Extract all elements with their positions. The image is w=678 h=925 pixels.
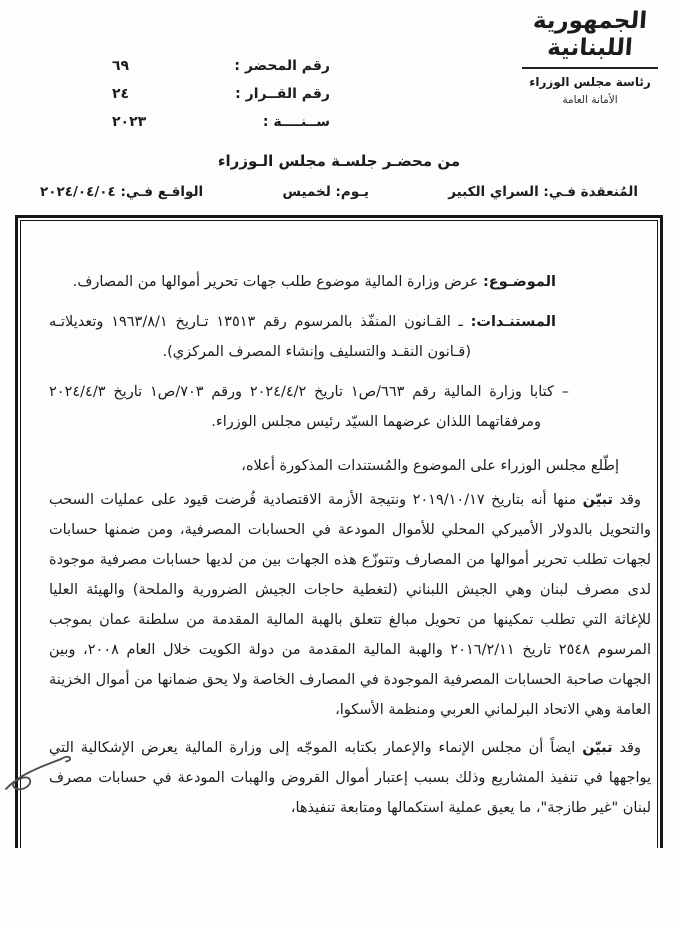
page-title: من محضـر جلسـة مجلس الـوزراء — [0, 152, 678, 170]
decision-number-label: رقم القــرار : — [235, 86, 330, 102]
general-secretariat-name: الأمانة العامة — [512, 94, 668, 106]
document-body: الموضـوع: عرض وزارة المالية موضوع طلب جه… — [20, 220, 658, 848]
session-date: الواقـع فـي: ٢٠٢٤/٠٤/٠٤ — [40, 184, 203, 200]
record-number-value: ٦٩ — [112, 58, 129, 74]
record-number-label: رقم المحضر : — [234, 58, 330, 74]
findings1-text: منها أنه بتاريخ ٢٠١٩/١٠/١٧ ونتيجة الأزمة… — [49, 492, 651, 718]
review-line: إطّلع مجلس الوزراء على الموضوع والمُستند… — [49, 451, 651, 481]
letterhead-divider — [522, 67, 658, 69]
findings2-text: ايضاً أن مجلس الإنماء والإعمار بكتابه ال… — [49, 740, 651, 816]
subject-label: الموضـوع: — [483, 274, 556, 290]
subject-documents-block: الموضـوع: عرض وزارة المالية موضوع طلب جه… — [49, 267, 556, 367]
decision-number-row: رقم القــرار : ٢٤ — [112, 86, 330, 102]
record-number-row: رقم المحضر : ٦٩ — [112, 58, 330, 74]
document-frame: الموضـوع: عرض وزارة المالية موضوع طلب جه… — [15, 215, 663, 848]
year-value: ٢٠٢٣ — [112, 114, 146, 130]
subject-paragraph: الموضـوع: عرض وزارة المالية موضوع طلب جه… — [49, 267, 556, 297]
republic-calligraphy-line1: الجمهورية — [511, 8, 669, 35]
republic-calligraphy-line2: اللبنانية — [511, 35, 669, 62]
letterhead: الجمهورية اللبنانية رئاسة مجلس الوزراء ا… — [512, 8, 668, 106]
presidency-name: رئاسة مجلس الوزراء — [512, 75, 668, 91]
findings2-prefix: وقد — [613, 740, 641, 756]
document-numbers: رقم المحضر : ٦٩ رقم القــرار : ٢٤ ســنــ… — [112, 58, 330, 142]
document-page: الجمهورية اللبنانية رئاسة مجلس الوزراء ا… — [0, 0, 678, 925]
documents-paragraph: المستنـدات: ـ القـانون المنفّذ بالمرسوم … — [49, 307, 556, 367]
documents-item-letters: – كتابا وزارة المالية رقم ٦٦٣/ص١ تاريخ ٢… — [49, 377, 651, 437]
documents-label: المستنـدات: — [471, 314, 556, 330]
year-row: ســنــــة : ٢٠٢٣ — [112, 114, 330, 130]
findings-paragraph-1: وقد تبيّن منها أنه بتاريخ ٢٠١٩/١٠/١٧ ونت… — [49, 485, 651, 725]
session-location: المُنعقدة فـي: السراي الكبير — [448, 184, 638, 200]
session-meta-row: المُنعقدة فـي: السراي الكبير يـوم: لخميس… — [40, 184, 638, 200]
documents-item-law: ـ القـانون المنفّذ بالمرسوم رقم ١٣٥١٣ تـ… — [49, 314, 471, 360]
session-day: يـوم: لخميس — [282, 184, 369, 200]
findings2-emphasis: تبيّن — [582, 740, 612, 756]
subject-text: عرض وزارة المالية موضوع طلب جهات تحرير أ… — [73, 274, 483, 290]
findings1-emphasis: تبيّن — [583, 492, 613, 508]
findings1-prefix: وقد — [613, 492, 641, 508]
signature-scribble — [0, 752, 83, 804]
year-label: ســنــــة : — [263, 114, 330, 130]
findings-paragraph-2: وقد تبيّن ايضاً أن مجلس الإنماء والإعمار… — [49, 733, 651, 823]
decision-number-value: ٢٤ — [112, 86, 129, 102]
